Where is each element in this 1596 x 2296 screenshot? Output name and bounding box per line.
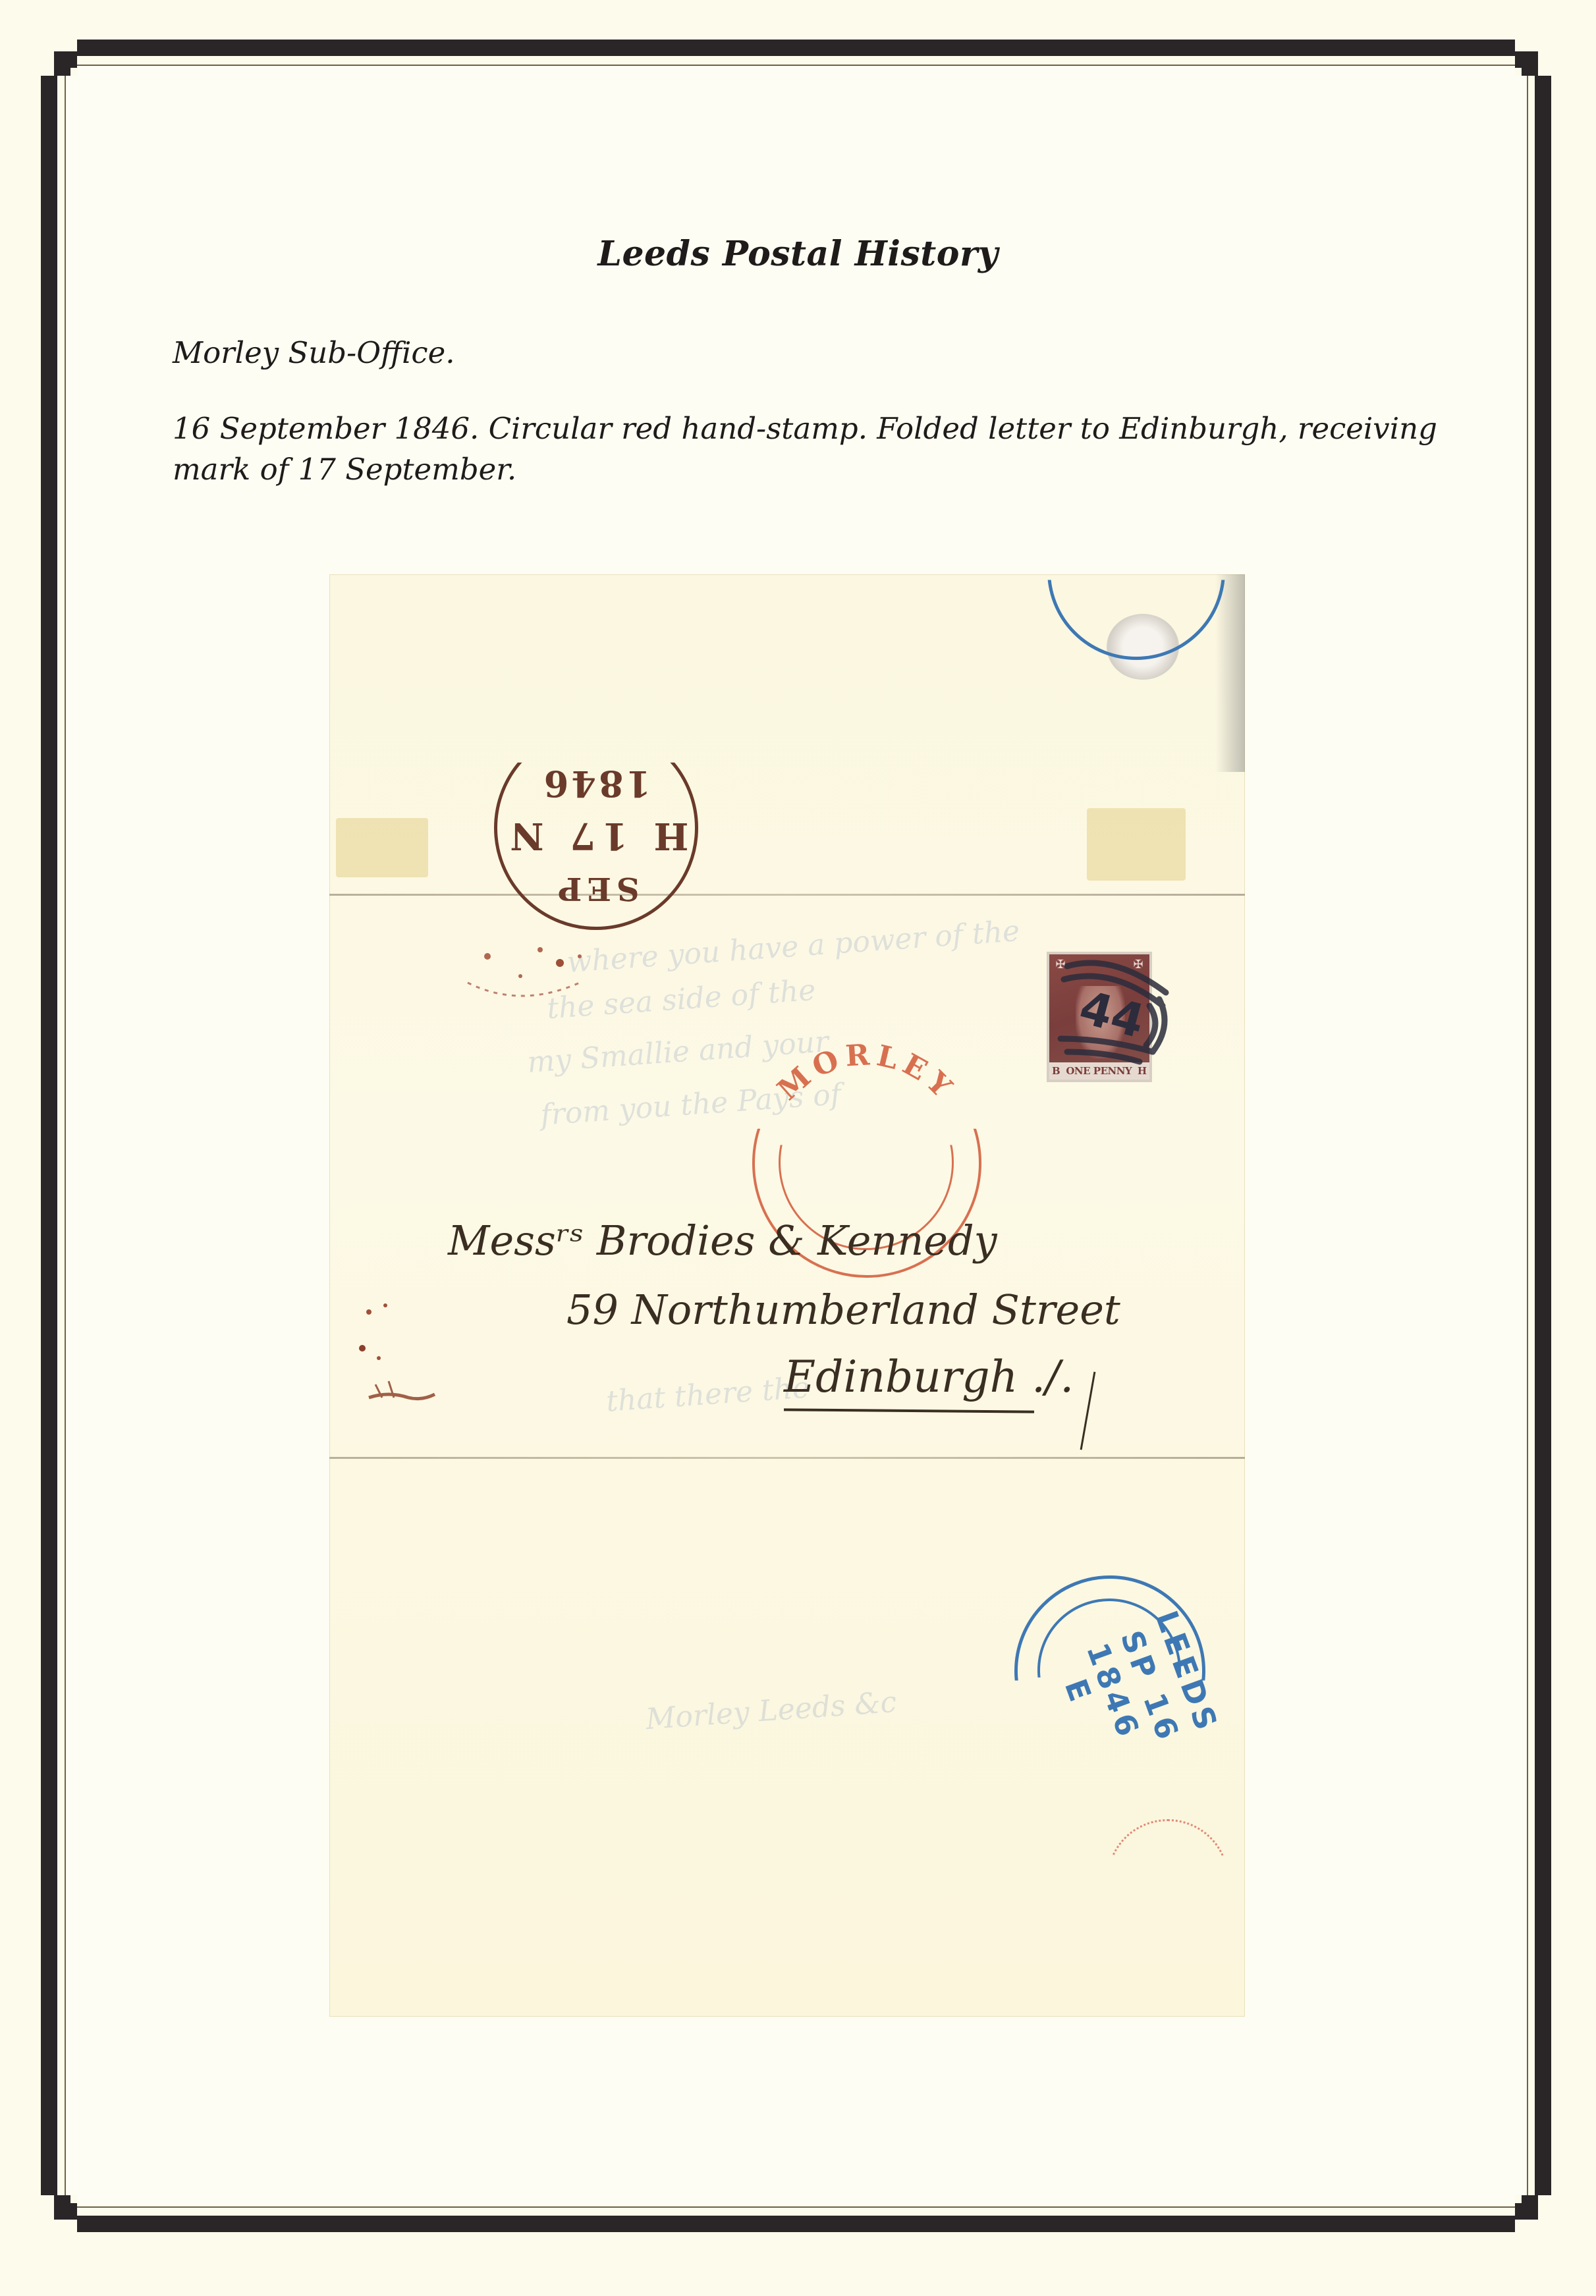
frame-corner-top-right bbox=[1515, 38, 1553, 76]
red-ink-smudges bbox=[349, 1286, 468, 1417]
leeds-datestamp-code: E bbox=[1058, 1674, 1100, 1710]
edinburgh-receiving-mark: SEP H 17 N 1846 bbox=[494, 726, 698, 930]
address-underline bbox=[784, 1408, 1034, 1413]
frame-corner-bottom-left bbox=[40, 2195, 77, 2233]
faint-red-mark-bottom bbox=[1107, 1819, 1229, 1942]
receiving-mark-month: SEP bbox=[497, 870, 695, 907]
address-line-street: 59 Northumberland Street bbox=[566, 1286, 1120, 1334]
page-description: 16 September 1846. Circular red hand-sta… bbox=[173, 408, 1503, 490]
frame-corner-bottom-right bbox=[1515, 2195, 1553, 2233]
cover-edge-shadow bbox=[1215, 574, 1245, 772]
address-flourish bbox=[1080, 1372, 1096, 1450]
fold-line-top bbox=[329, 894, 1245, 896]
address-line-addressee: Messʳˢ Brodies & Kennedy bbox=[448, 1216, 997, 1265]
stain-right bbox=[1087, 808, 1186, 881]
numeral-44-cancellation: 44 bbox=[1047, 940, 1172, 1072]
folded-letter-cover: where you have a power of the the sea si… bbox=[329, 574, 1245, 2017]
receiving-mark-year: 1846 bbox=[497, 763, 695, 805]
stain-left bbox=[336, 818, 428, 877]
morley-handstamp: MORLEY bbox=[751, 1035, 978, 1167]
svg-text:MORLEY: MORLEY bbox=[771, 1038, 962, 1107]
page-subtitle: Morley Sub-Office. bbox=[173, 333, 1503, 373]
receiving-mark-day: H 17 N bbox=[497, 814, 695, 858]
page-title: Leeds Postal History bbox=[0, 234, 1596, 274]
address-line-city: Edinburgh ./. bbox=[784, 1352, 1074, 1402]
fold-line-bottom bbox=[329, 1457, 1245, 1459]
faint-red-postmark bbox=[448, 910, 619, 1016]
frame-corner-top-left bbox=[40, 38, 77, 76]
